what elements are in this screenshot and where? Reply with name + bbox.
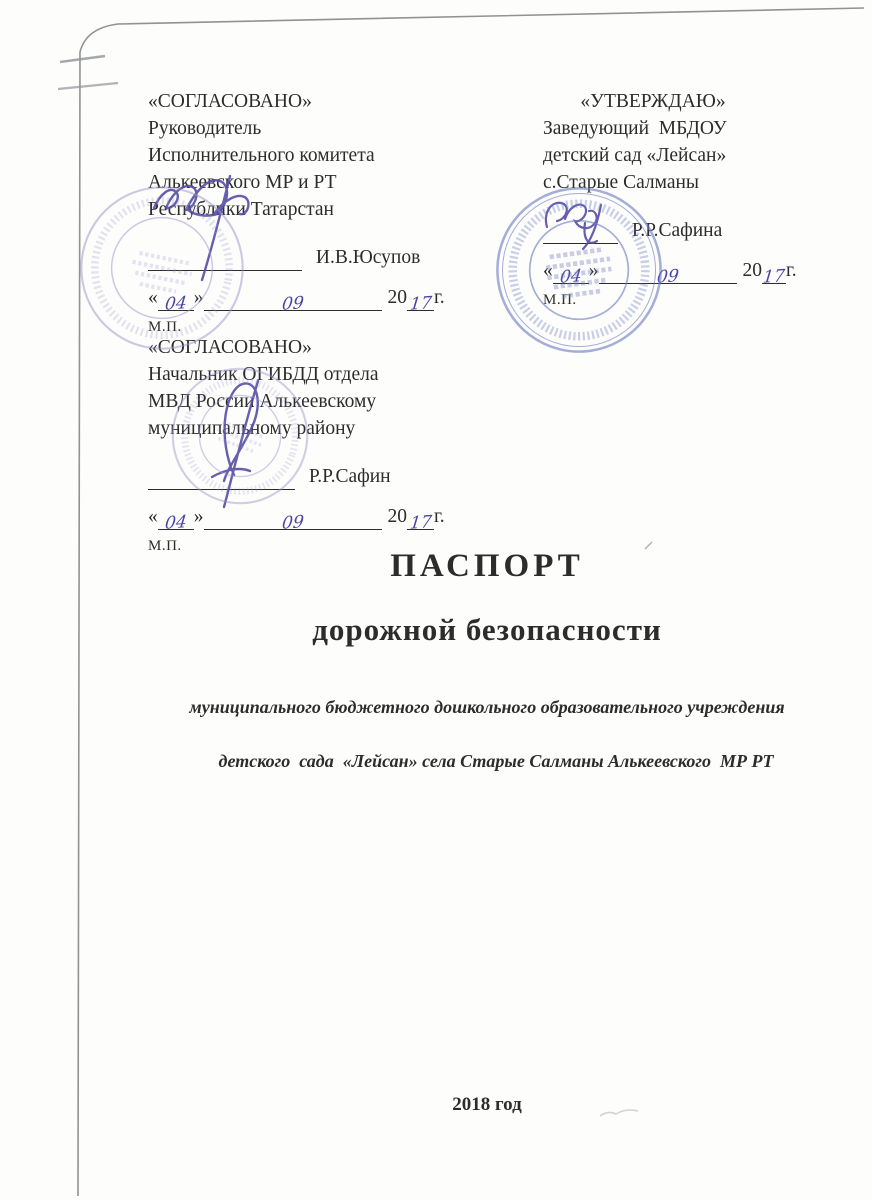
handwritten-day: 04: [559, 263, 583, 292]
organization-name-line2: детского сада «Лейсан» села Старые Салма…: [219, 751, 774, 771]
date-year-field: 17: [407, 509, 434, 530]
agree-exec-date-row: «04»092017г.: [148, 284, 488, 311]
signature-yusupov: [144, 164, 314, 284]
agree-gibdd-heading: «СОГЛАСОВАНО»: [148, 334, 488, 361]
quote-open: «: [543, 260, 553, 281]
year-century: 20: [388, 287, 408, 308]
date-month-field: 09: [204, 290, 382, 311]
agree-block-gibdd: «СОГЛАСОВАНО» Начальник ОГИБДД отдела МВ…: [148, 334, 488, 560]
year-era-label: г.: [786, 260, 797, 281]
quote-close: »: [589, 260, 599, 281]
agree-gibdd-signature-row: Р.Р.Сафин: [148, 463, 488, 490]
date-day-field: 04: [158, 290, 194, 311]
handwritten-day: 04: [164, 290, 188, 319]
organization-name-line1: муниципального бюджетного дошкольного об…: [189, 697, 784, 717]
agree-exec-heading: «СОГЛАСОВАНО»: [148, 88, 488, 115]
handwritten-year: 17: [762, 263, 786, 292]
scanned-document-page: «СОГЛАСОВАНО» Руководитель Исполнительно…: [0, 0, 872, 1200]
seal-place-mark: М.П.: [543, 287, 793, 314]
handwritten-month: 09: [280, 509, 304, 538]
handwritten-year: 17: [408, 290, 432, 319]
date-day-field: 04: [158, 509, 194, 530]
organization-name: муниципального бюджетного дошкольного об…: [100, 694, 872, 775]
year-era-label: г.: [434, 506, 445, 527]
pencil-stroke-1: [60, 56, 105, 62]
agree-gibdd-signer-name: Р.Р.Сафин: [309, 466, 391, 487]
signature-line: [148, 469, 295, 490]
agree-exec-signature-row: И.В.Юсупов: [148, 244, 488, 271]
signature-line: [148, 250, 302, 271]
signature-line: [543, 223, 618, 244]
approve-kind-signer-name: Р.Р.Сафина: [632, 220, 722, 241]
signature-safina: [539, 191, 639, 261]
date-month-field: 09: [204, 509, 382, 530]
year-century: 20: [743, 260, 763, 281]
quote-open: «: [148, 506, 158, 527]
handwritten-year: 17: [408, 509, 432, 538]
agree-exec-line: Руководитель: [148, 115, 488, 142]
date-year-field: 17: [762, 263, 786, 284]
quote-close: »: [194, 287, 204, 308]
agree-exec-signer-name: И.В.Юсупов: [316, 247, 420, 268]
approve-kind-signature-row: Р.Р.Сафина: [543, 217, 793, 244]
handwritten-day: 04: [164, 509, 188, 538]
year-era-label: г.: [434, 287, 445, 308]
approve-kind-line: детский сад «Лейсан»: [543, 142, 793, 169]
handwritten-month: 09: [280, 290, 304, 319]
document-title: ПАСПОРТ: [100, 548, 872, 585]
handwritten-month: 09: [655, 263, 679, 292]
date-month-field: 09: [599, 263, 737, 284]
approve-block-kindergarten: «УТВЕРЖДАЮ» Заведующий МБДОУ детский сад…: [543, 88, 793, 314]
approve-kind-line: Заведующий МБДОУ: [543, 115, 793, 142]
agree-block-executive: «СОГЛАСОВАНО» Руководитель Исполнительно…: [148, 88, 488, 341]
date-day-field: 04: [553, 263, 589, 284]
quote-open: «: [148, 287, 158, 308]
footer-year: 2018 год: [100, 1094, 872, 1116]
pencil-stroke-2: [58, 83, 118, 89]
year-century: 20: [388, 506, 408, 527]
approve-kind-heading: «УТВЕРЖДАЮ»: [543, 88, 793, 115]
approve-kind-date-row: «04»092017г.: [543, 257, 793, 284]
date-year-field: 17: [407, 290, 434, 311]
document-subtitle: дорожной безопасности: [100, 612, 872, 648]
